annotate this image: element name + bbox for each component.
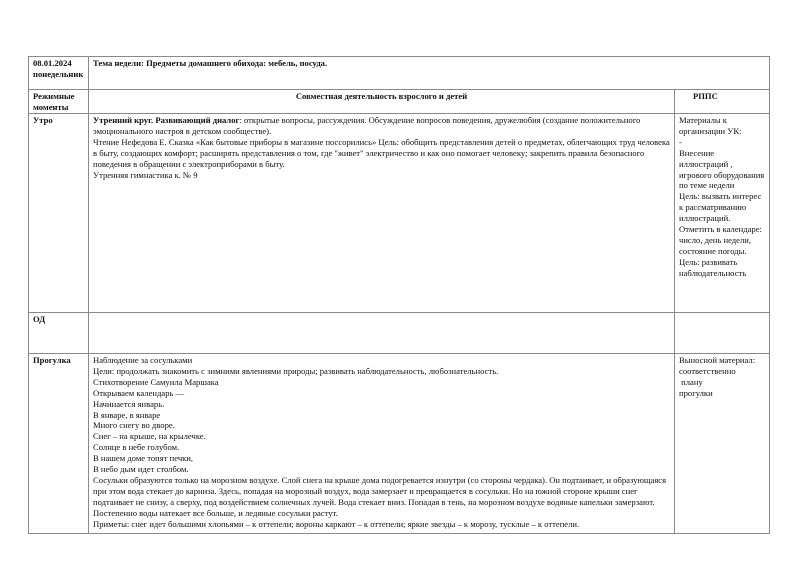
rpps-line: Цель: развивать наблюдательность <box>679 257 765 279</box>
date: 08.01.2024 <box>33 58 84 69</box>
walk-line: Начинается январь. <box>93 399 670 410</box>
col-header-moments: Режимные моменты <box>29 90 89 114</box>
rpps-line: Выносной материал: соответственно <box>679 355 765 377</box>
walk-line: Открываем календарь — <box>93 388 670 399</box>
rpps-line: Материалы к организации УК: <box>679 115 765 137</box>
date-cell: 08.01.2024 понедельник <box>29 57 89 90</box>
rpps-line: Внесение иллюстраций , игрового оборудов… <box>679 148 765 192</box>
walk-line: Приметы: снег идет большими хлопьями – к… <box>93 519 670 530</box>
morning-rpps-cell: Материалы к организации УК: - Внесение и… <box>675 114 770 313</box>
walk-line: В небо дым идет столбом. <box>93 464 670 475</box>
rpps-line: плану <box>679 377 765 388</box>
column-header-row: Режимные моменты Совместная деятельность… <box>29 90 770 114</box>
walk-line: Солнце в небе голубом. <box>93 442 670 453</box>
walk-line: Стихотворение Самуила Маршака <box>93 377 670 388</box>
morning-gymnastics: Утренняя гимнастика к. № 9 <box>93 170 670 181</box>
walk-label: Прогулка <box>29 354 89 534</box>
od-row: ОД <box>29 313 770 354</box>
daily-plan-table: 08.01.2024 понедельник Тема недели: Пред… <box>28 56 770 534</box>
morning-row: Утро Утренний круг. Развивающий диалог: … <box>29 114 770 313</box>
walk-rpps-cell: Выносной материал: соответственно плану … <box>675 354 770 534</box>
walk-line: Сосульки образуются только на морозном в… <box>93 475 670 519</box>
morning-label: Утро <box>29 114 89 313</box>
col-header-joint-activity: Совместная деятельность взрослого и дете… <box>89 90 675 114</box>
rpps-line: прогулки <box>679 388 765 399</box>
walk-line: Цели: продолжать знакомить с зимними явл… <box>93 366 670 377</box>
rpps-line: - <box>679 137 765 148</box>
walk-row: Прогулка Наблюдение за сосульками Цели: … <box>29 354 770 534</box>
od-activity-cell <box>89 313 675 354</box>
morning-circle-title: Утренний круг. Развивающий диалог <box>93 115 239 125</box>
walk-activity-cell: Наблюдение за сосульками Цели: продолжат… <box>89 354 675 534</box>
walk-line: Снег – на крыше, на крылечке. <box>93 431 670 442</box>
walk-line: В январе, в январе <box>93 410 670 421</box>
morning-reading: Чтение Нефедова Е. Сказка «Как бытовые п… <box>93 137 670 170</box>
rpps-line: Отметить в календаре: число, день недели… <box>679 224 765 257</box>
week-theme-cell: Тема недели: Предметы домашнего обихода:… <box>89 57 770 90</box>
rpps-line: Цель: вызвать интерес к рассматриванию и… <box>679 191 765 224</box>
week-theme-label: Тема недели: <box>93 58 144 68</box>
walk-line: Наблюдение за сосульками <box>93 355 670 366</box>
walk-line: В нашем доме топят печки, <box>93 453 670 464</box>
week-theme-value: Предметы домашнего обихода: мебель, посу… <box>146 58 327 68</box>
date-row: 08.01.2024 понедельник Тема недели: Пред… <box>29 57 770 90</box>
weekday: понедельник <box>33 69 84 80</box>
morning-activity-cell: Утренний круг. Развивающий диалог: откры… <box>89 114 675 313</box>
od-rpps-cell <box>675 313 770 354</box>
col-header-rpps: РППС <box>675 90 770 114</box>
walk-line: Много снегу во дворе. <box>93 420 670 431</box>
morning-circle-text: Утренний круг. Развивающий диалог: откры… <box>93 115 670 137</box>
od-label: ОД <box>29 313 89 354</box>
